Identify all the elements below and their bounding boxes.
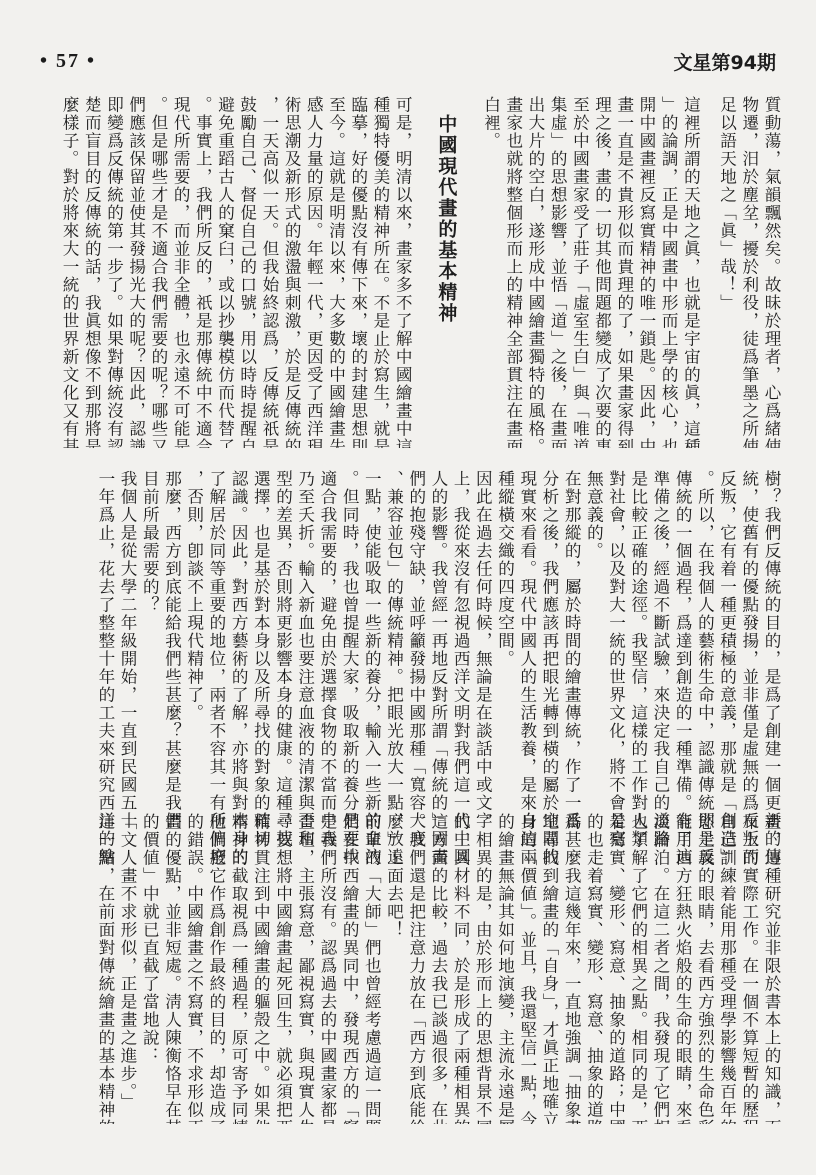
text-column: 現實來看看。現代中國人的生活教養，是來自這兩 xyxy=(516,470,538,800)
text-column: 即變爲反傳統的第一步了。如果對傳統沒有認識清 xyxy=(102,96,124,448)
text-column: 們的抱殘守缺，並呼籲發揚中國那種「寬容大度 xyxy=(405,470,427,800)
text-column: 畫壇，主張寫意，鄙視寫實，與現實人生脫離太遠 xyxy=(294,813,316,1124)
text-column: 楚而盲目的反傳統的話，我眞想像不到那將是個甚 xyxy=(80,96,102,448)
text-column: 一年爲止，花去了整整十年的工夫來研究西洋的繪 xyxy=(94,470,116,800)
text-column: 無意義的。 xyxy=(582,470,604,800)
page-header: • 57 • 文星第94期 xyxy=(40,46,776,76)
text-column: 一點，使能吸取一些新的養分，輸入一些新的血液 xyxy=(360,470,382,800)
section-title: 中國現代畫的基本精神 xyxy=(435,96,457,448)
text-column: 。相異的是，由於形而上的思想背景不同，形而下 xyxy=(471,813,493,1124)
text-column: 、兼容並包」的傳統精神。把眼光放大一點，放遠 xyxy=(382,470,404,800)
text-column: 認識。因此，對西方藝術的了解，亦將與對本身的 xyxy=(227,470,249,800)
text-column: 白裡。 xyxy=(479,96,501,448)
text-column: 集虛」的思想影響，並悟「道」之後，在畫面上留 xyxy=(546,96,568,448)
text-column: 地尋找到繪畫的「自身」，才眞正地確立了繪畫本 xyxy=(538,813,560,1124)
text-column: 麼」上面去吧！ xyxy=(382,813,404,1124)
text-column: 感人力量的原因。年輕一代，更因受了西洋現代藝 xyxy=(302,96,324,448)
text-column: 能用西方狂熱火焰般的生命的眼睛，來看東方的冲 xyxy=(671,813,693,1124)
text-column: 理之後，畫的一切其他問題都變成了次要的事㉗。 xyxy=(590,96,612,448)
text-column: 對社會，以及對大一統的世界文化，將不會是毫 xyxy=(604,470,626,800)
text-column: 物遷，汨於塵坌，擾於利役，徒爲筆墨之所使耳。安 xyxy=(738,96,760,448)
text-column: 上，我從來沒有忽視過西洋文明對我們這一代中國 xyxy=(449,470,471,800)
text-column: 們在中西繪畫的異同中，發現西方的「寫實精神」 xyxy=(338,813,360,1124)
text-column: 在對那縱的，屬於時間的繪畫傳統，作了一番 xyxy=(560,470,582,800)
text-column: 的繪畫無論其如何地演變，主流永遠是屬於抽象的 xyxy=(493,813,515,1124)
text-column: 們應該保留並使其發揚光大的呢？因此，認識傳統 xyxy=(125,96,147,448)
text-column: 足以語天地之「眞」哉！」 xyxy=(715,96,737,448)
text-column: 。但同時，我也曾提醒大家，吸取新的養分是要找 xyxy=(338,470,360,800)
text-column: 人的影響。我曾經一再地反對所謂「傳統的」國畫 xyxy=(427,470,449,800)
text-column: 是比較正確的途徑。我堅信，這樣的工作對人類 xyxy=(627,470,649,800)
text-column: 前輩的「大師」們也曾經考慮過這一問題。他 xyxy=(360,813,382,1124)
text-column: 至今。這就是明清以來，大多數的中國繪畫失去其 xyxy=(324,96,346,448)
text-column: 」的論調，正是中國畫中形而上學的核心，也是打 xyxy=(657,96,679,448)
text-column: 乃至夭折。輸入新血也要注意血液的清潔與否和 xyxy=(294,470,316,800)
text-column: 了解居於同等重要的地位，兩者不容其一有所偏廢 xyxy=(205,470,227,800)
text-column: 現代所需要的，而並非全體，也永遠不可能是全體 xyxy=(169,96,191,448)
text-column: 臨摹，好的優點沒有傳下來，壞的封建思想則保持 xyxy=(347,96,369,448)
text-column: 種縱橫交織的四度空間。 xyxy=(493,470,515,800)
text-column: 至於中國畫家受了莊子「虛室生白」與「唯道 xyxy=(568,96,590,448)
text-column: 那麼，西方到底能給我們些甚麼？甚麼是我們 xyxy=(160,470,182,800)
text-column: 因此在過去任何時候，無論是在談話中或文字 xyxy=(471,470,493,800)
page-number: • 57 • xyxy=(40,50,96,73)
text-column: 畫家也就將整個形而上的精神全部貫注在畫面的空 xyxy=(502,96,524,448)
text-column: 鼓勵自己、督促自己的口號，用以時時提醒自己去 xyxy=(236,96,258,448)
text-column: 精神的截取視爲一種過程，原可寄予同情，但是， xyxy=(227,813,249,1124)
text-column: ，否則，卽談不上現代精神了。 xyxy=(183,470,205,800)
text-column: 這裡所謂的天地之眞，也就是宇宙的眞，這種「理 xyxy=(679,96,701,448)
text-column: 着寫實、變形、寫意、抽象的道路；中國繪畫同樣 xyxy=(604,813,626,1124)
text-column: 種獨特優美的精神所在。不是止於寫生，就是一味 xyxy=(369,96,391,448)
text-column: 這一點，在前面對傳統繪畫的基本精神的認知中， xyxy=(94,813,116,1124)
block-quote: 「文人畫不求形似，正是畫之進步。」 xyxy=(116,813,138,1124)
text-column: 他們把它作爲創作最終的目的，却造成了不可寬恕 xyxy=(205,813,227,1124)
text-column: 是我們所沒有。認爲過去的中國畫家都是文人把持 xyxy=(316,813,338,1124)
text-column: 樹？我們反傳統的目的，是爲了創建一個更新的傳 xyxy=(760,470,782,800)
text-column: 分析之後，我們應該再把眼光轉到橫的屬於空間的 xyxy=(538,470,560,800)
bottom-lower-row: 畫，這種研究並非限於書本上的知識，而是基於畫 布上的實際工作。在一個不算短暫的歷… xyxy=(94,813,782,1124)
text-column: 反叛，它有着一種更積極的意義，那就是「創造」 xyxy=(715,470,737,800)
text-column: 爲甚麼我這幾年來，一直地強調「抽象畫」才眞正 xyxy=(560,813,582,1124)
text-column: 慾主義的眼睛，去看西方強烈的生命色彩。同時也 xyxy=(693,813,715,1124)
text-column: 。要想將中國繪畫起死回生，就必須把西方的寫實 xyxy=(271,813,293,1124)
text-column: 麼樣子。對於將來大一統的世界新文化又有甚麼建 xyxy=(58,96,80,448)
column-gap xyxy=(701,96,715,448)
bottom-upper-row: 樹？我們反傳統的目的，是爲了創建一個更新的傳 統，使舊有的優點發揚，並非僅是虛無… xyxy=(94,470,782,800)
text-column: 畫，這種研究並非限於書本上的知識，而是基於畫 xyxy=(760,813,782,1124)
text-column: 淡瀹泊。在這二者之間，我發現了它們相同之處， xyxy=(649,813,671,1124)
text-column: 也了解了它們的相異之點。相同的是，西洋繪畫走 xyxy=(627,813,649,1124)
text-column: 質動蕩，氣韻飄然矣。故昧於理者，心爲緒使，性爲 xyxy=(760,96,782,448)
text-column: 我個人是從大學二年級開始，一直到民國五十 xyxy=(116,470,138,800)
text-column: 選擇，也是基於對本身以及所尋找的對象的確切 xyxy=(249,470,271,800)
text-column: 型的差異，否則將更影響本身的健康。這種尋找 xyxy=(271,470,293,800)
text-column: 術思潮及新形式的激盪與刺激，於是反傳統的呼聲 xyxy=(280,96,302,448)
text-column: 目前所最需要的？ xyxy=(138,470,160,800)
journal-issue: 文星第94期 xyxy=(674,48,776,75)
text-column: 的價値」中就已直截了當地說： xyxy=(138,813,160,1124)
text-column: 身的「價値」。並且，我還堅信一點，今後世界上 xyxy=(516,813,538,1124)
text-column: 的錯誤。中國繪畫之不寫實，不求形似正是中國繪 xyxy=(183,813,205,1124)
text-column: 自己訓練着能用那種受理學影響幾百年的中國人禁 xyxy=(715,813,737,1124)
text-column: 出大片的空白，遂形成中國繪畫獨特的風格。中國 xyxy=(524,96,546,448)
text-column: ，一天高似一天。但我始終認爲，反傳統祇是一句 xyxy=(258,96,280,448)
text-column: 的工具材料不同，於是形成了兩種相異的表現。在 xyxy=(449,813,471,1124)
text-column: 這方面的比較，過去我已談過很多，在此不願重複 xyxy=(427,813,449,1124)
text-column: 適合我需要的，避免由於選擇食物的不當而中毒 xyxy=(316,470,338,800)
text-column: 傳統的一個過程，爲達到創造的一種準備。有了這 xyxy=(671,470,693,800)
text-column: 準備之後，經過不斷試驗，來決定我自己的道路 xyxy=(649,470,671,800)
text-column: 。所以，在我個人的藝術生命中，認識傳統即是反 xyxy=(693,470,715,800)
article-top-band: 質動蕩，氣韻飄然矣。故昧於理者，心爲緒使，性爲 物遷，汨於塵坌，擾於利役，徒爲筆… xyxy=(40,96,782,448)
text-column: 。事實上，我們所反的，祇是那傳統中不適合我們 xyxy=(191,96,213,448)
text-column: 。但是哪些才是不適合我們需要的呢？哪些又是我 xyxy=(147,96,169,448)
text-column: 開中國畫裡反寫實精神的唯一鎖匙。因此，中國繪 xyxy=(635,96,657,448)
article-bottom-band: 樹？我們反傳統的目的，是爲了創建一個更新的傳 統，使舊有的優點發揚，並非僅是虛無… xyxy=(40,470,782,1124)
text-column: 統，使舊有的優點發揚，並非僅是虛無的爲反叛而 xyxy=(738,470,760,800)
text-column: 可是，明清以來，畫家多不了解中國繪畫中這 xyxy=(391,96,413,448)
text-column: 。我們還是把注意力放在「西方到底能給我們些甚 xyxy=(405,813,427,1124)
text-column: 布上的實際工作。在一個不算短暫的歷程中，已將 xyxy=(738,813,760,1124)
text-column: 避免重蹈古人的窠臼，或以抄襲模仿而代替了創作 xyxy=(213,96,235,448)
text-column: 畫的優點，並非短處。淸人陳衡恪早在其「文人畫 xyxy=(160,813,182,1124)
text-column: 精神貫注到中國繪畫的軀殼之中。如果他們將寫實 xyxy=(249,813,271,1124)
text-column: 的也走着寫實、變形、寫意、抽象的道路。這就是 xyxy=(582,813,604,1124)
text-column: 畫一直是不貴形似而貴理的了，如果畫家得到這種 xyxy=(613,96,635,448)
